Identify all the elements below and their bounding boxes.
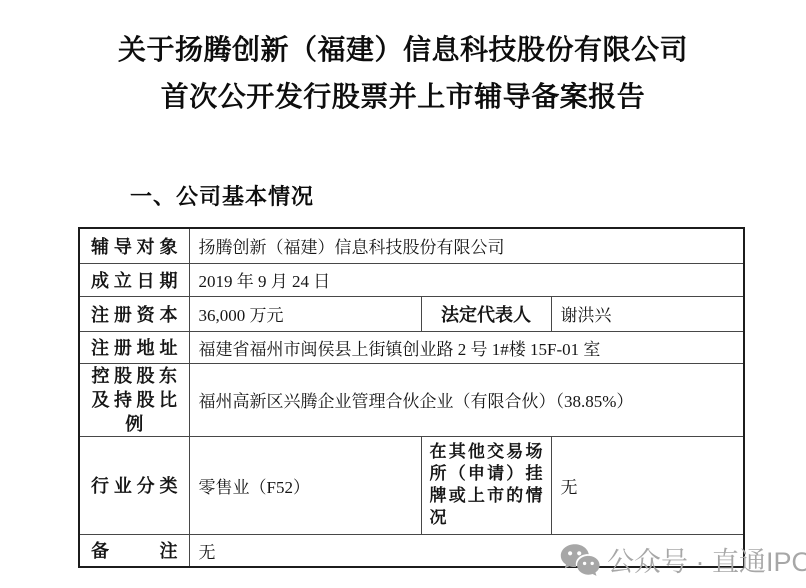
value-controlling-shareholder: 福州高新区兴腾企业管理合伙企业（有限合伙）（38.85%） [189, 363, 744, 436]
value-other-listing-status: 无 [551, 436, 744, 534]
label-controlling-shareholder: 控 股 股 东 及 持 股 比 例 [79, 363, 189, 436]
label-remarks: 备 注 [79, 534, 189, 567]
title-line-1: 关于扬腾创新（福建）信息科技股份有限公司 [0, 26, 806, 73]
label-registered-capital: 注 册 资 本 [79, 296, 189, 331]
label-establishment-date: 成 立 日 期 [79, 263, 189, 296]
value-registered-address: 福建省福州市闽侯县上街镇创业路 2 号 1#楼 15F-01 室 [189, 331, 744, 363]
title-line-2: 首次公开发行股票并上市辅导备案报告 [0, 73, 806, 120]
label-registered-address: 注 册 地 址 [79, 331, 189, 363]
value-legal-representative: 谢洪兴 [551, 296, 744, 331]
value-industry-classification: 零售业（F52） [189, 436, 421, 534]
label-counseling-target: 辅 导 对 象 [79, 228, 189, 263]
table-row-establishment-date: 成 立 日 期 2019 年 9 月 24 日 [79, 263, 744, 296]
table-row-counseling-target: 辅 导 对 象 扬腾创新（福建）信息科技股份有限公司 [79, 228, 744, 263]
table-row-industry-classification: 行 业 分 类 零售业（F52） 在其他交易场所（申请）挂牌或上市的情况 无 [79, 436, 744, 534]
value-establishment-date: 2019 年 9 月 24 日 [189, 263, 744, 296]
table-row-registered-address: 注 册 地 址 福建省福州市闽侯县上街镇创业路 2 号 1#楼 15F-01 室 [79, 331, 744, 363]
value-remarks: 无 [189, 534, 744, 567]
table-row-registered-capital: 注 册 资 本 36,000 万元 法定代表人 谢洪兴 [79, 296, 744, 331]
value-registered-capital: 36,000 万元 [189, 296, 421, 331]
table-row-remarks: 备 注 无 [79, 534, 744, 567]
table-row-controlling-shareholder: 控 股 股 东 及 持 股 比 例 福州高新区兴腾企业管理合伙企业（有限合伙）（… [79, 363, 744, 436]
document-page: 关于扬腾创新（福建）信息科技股份有限公司 首次公开发行股票并上市辅导备案报告 一… [0, 0, 806, 588]
label-legal-representative: 法定代表人 [421, 296, 551, 331]
value-counseling-target: 扬腾创新（福建）信息科技股份有限公司 [189, 228, 744, 263]
company-info-table: 辅 导 对 象 扬腾创新（福建）信息科技股份有限公司 成 立 日 期 2019 … [78, 227, 745, 568]
document-title: 关于扬腾创新（福建）信息科技股份有限公司 首次公开发行股票并上市辅导备案报告 [0, 26, 806, 120]
label-industry-classification: 行 业 分 类 [79, 436, 189, 534]
section-heading: 一、公司基本情况 [130, 180, 314, 211]
label-other-listing-status: 在其他交易场所（申请）挂牌或上市的情况 [421, 436, 551, 534]
